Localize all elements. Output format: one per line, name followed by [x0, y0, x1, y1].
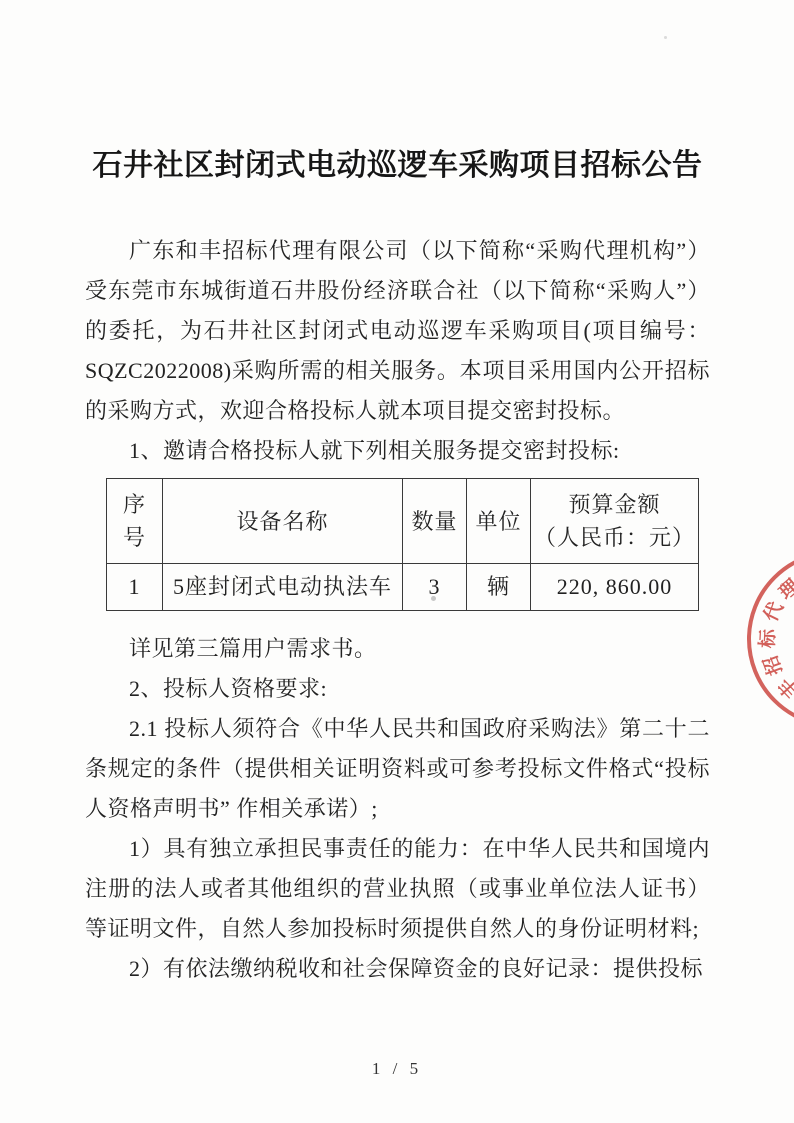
svg-text:丰招标代理有限公司: 丰招标代理有限公司	[755, 559, 794, 703]
table-row: 1 5座封闭式电动执法车 3 辆 220, 860.00	[107, 564, 699, 611]
cell-budget: 220, 860.00	[531, 564, 699, 611]
company-seal-stamp: 丰招标代理有限公司	[745, 548, 794, 730]
after-table-note: 详见第三篇用户需求书。	[85, 629, 710, 669]
table-header-row: 序 号 设备名称 数量 单位 预算金额 （人民币：元）	[107, 479, 699, 564]
header-cell-qty: 数量	[403, 479, 467, 564]
section-2-heading: 2、投标人资格要求:	[85, 669, 710, 709]
scan-speckle	[431, 596, 436, 601]
document-content: 石井社区封闭式电动巡逻车采购项目招标公告 广东和丰招标代理有限公司（以下简称“采…	[85, 0, 710, 989]
section-1-heading: 1、邀请合格投标人就下列相关服务提交密封投标:	[85, 431, 710, 471]
clause-2-1: 2.1 投标人须符合《中华人民共和国政府采购法》第二十二条规定的条件（提供相关证…	[85, 709, 710, 829]
items-table: 序 号 设备名称 数量 单位 预算金额 （人民币：元） 1 5座封闭式电动执法车…	[106, 478, 699, 611]
eligibility-item-2: 2）有依法缴纳税收和社会保障资金的良好记录：提供投标	[85, 949, 710, 989]
stamp-arc-text: 丰招标代理有限公司	[755, 559, 794, 703]
header-cell-unit: 单位	[467, 479, 531, 564]
scan-speckle	[664, 36, 667, 39]
page-title: 石井社区封闭式电动巡逻车采购项目招标公告	[85, 140, 710, 184]
header-cell-name: 设备名称	[163, 479, 403, 564]
document-page: 石井社区封闭式电动巡逻车采购项目招标公告 广东和丰招标代理有限公司（以下简称“采…	[0, 0, 794, 1123]
header-cell-seq: 序 号	[107, 479, 163, 564]
eligibility-item-1: 1）具有独立承担民事责任的能力：在中华人民共和国境内注册的法人或者其他组织的营业…	[85, 829, 710, 949]
seal-circle-graphic: 丰招标代理有限公司	[745, 548, 794, 730]
intro-paragraph: 广东和丰招标代理有限公司（以下简称“采购代理机构”）受东莞市东城街道石井股份经济…	[85, 231, 710, 431]
cell-seq: 1	[107, 564, 163, 611]
cell-name: 5座封闭式电动执法车	[163, 564, 403, 611]
cell-unit: 辆	[467, 564, 531, 611]
page-number: 1 / 5	[0, 1059, 794, 1079]
header-cell-budget: 预算金额 （人民币：元）	[531, 479, 699, 564]
cell-qty: 3	[403, 564, 467, 611]
